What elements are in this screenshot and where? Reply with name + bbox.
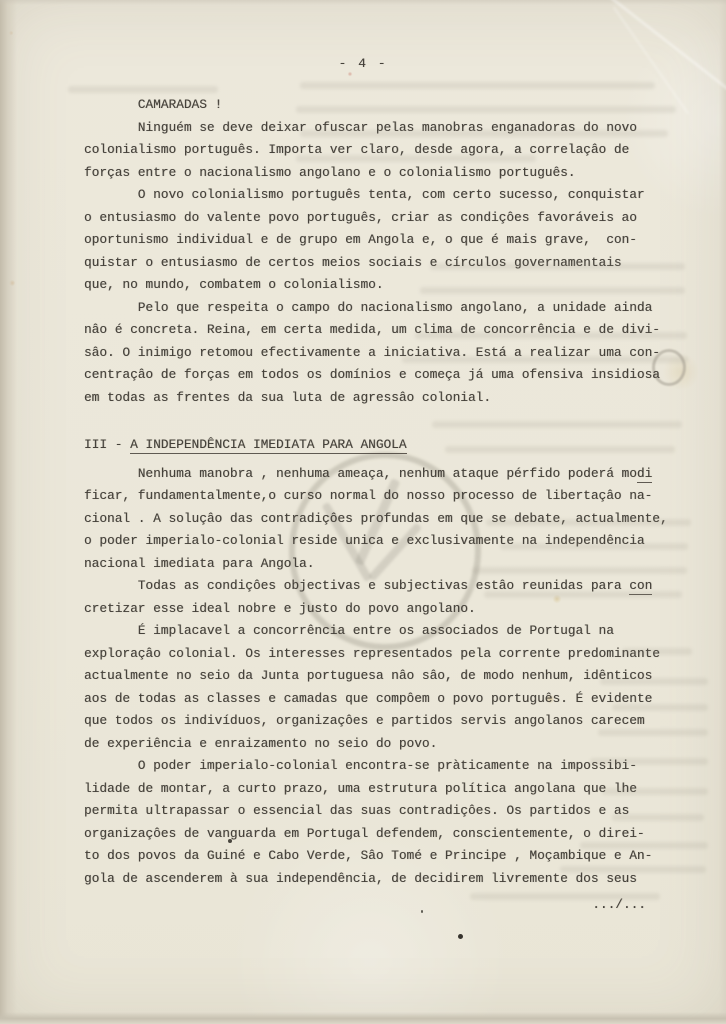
bleed-through-mark bbox=[486, 519, 691, 526]
bleed-through-mark bbox=[470, 893, 660, 900]
bleed-through-mark bbox=[300, 82, 655, 89]
text-line: exploraçâo colonial. Os interesses repre… bbox=[84, 643, 686, 666]
text-line: forças entre o nacionalismo angolano e o… bbox=[84, 162, 686, 185]
bleed-through-mark bbox=[602, 788, 708, 795]
text-line: o entusiasmo do valente povo português, … bbox=[84, 207, 686, 230]
ink-speck bbox=[458, 934, 463, 939]
text-line: ficar, fundamentalmente,o curso normal d… bbox=[84, 485, 686, 508]
bleed-through-mark bbox=[415, 332, 687, 339]
bleed-through-mark bbox=[420, 287, 685, 294]
text-line: centraçâo de forças em todos os domínios… bbox=[84, 364, 686, 387]
text-line: em todas as frentes da sua luta de agres… bbox=[84, 387, 686, 410]
text-line: lidade de montar, a curto prazo, uma est… bbox=[84, 778, 686, 801]
text-line: que todos os indivíduos, organizaçôes e … bbox=[84, 710, 686, 733]
bleed-through-mark bbox=[432, 421, 682, 428]
bleed-through-mark bbox=[598, 729, 708, 736]
bleed-through-mark bbox=[402, 356, 688, 363]
text-line: oportunismo individual e de grupo em Ang… bbox=[84, 229, 686, 252]
bleed-through-mark bbox=[600, 678, 708, 685]
bleed-through-mark bbox=[472, 567, 687, 574]
paper-edge-left bbox=[0, 0, 17, 1024]
bleed-through-mark bbox=[296, 155, 536, 162]
bleed-through-mark bbox=[300, 130, 668, 137]
bleed-through-mark bbox=[484, 591, 682, 598]
text-line: actualmente no seio da Junta portuguesa … bbox=[84, 665, 686, 688]
text-line: cretizar esse ideal nobre e justo do pov… bbox=[84, 598, 686, 621]
bleed-through-mark bbox=[296, 106, 676, 113]
text-line: aos de todas as classes e camadas que co… bbox=[84, 688, 686, 711]
bleed-through-mark bbox=[68, 86, 218, 93]
bleed-through-mark bbox=[445, 446, 675, 453]
text-line: Pelo que respeita o campo do nacionalism… bbox=[84, 297, 686, 320]
text-line: de experiência e enraizamento no seio do… bbox=[84, 733, 686, 756]
text-line: O novo colonialismo português tenta, com… bbox=[84, 184, 686, 207]
paper-edge-bottom bbox=[0, 1012, 726, 1024]
bleed-through-mark bbox=[580, 842, 708, 849]
text-line: Nenhuma manobra , nenhuma ameaça, nenhum… bbox=[84, 463, 686, 486]
document-text: CAMARADAS ! Ninguém se deve deixar ofusc… bbox=[84, 94, 686, 917]
page-number: - 4 - bbox=[0, 56, 726, 71]
bleed-through-mark bbox=[590, 758, 708, 765]
text-line: É implacavel a concorrência entre os ass… bbox=[84, 620, 686, 643]
bleed-through-mark bbox=[430, 263, 685, 270]
bleed-through-mark bbox=[560, 866, 706, 873]
bleed-through-mark bbox=[612, 704, 708, 711]
paper-edge-right bbox=[719, 0, 726, 1024]
text-line: permita ultrapassar o essencial das suas… bbox=[84, 800, 686, 823]
bleed-through-mark bbox=[500, 543, 688, 550]
paper-crease bbox=[568, 0, 726, 94]
scanned-document-page: - 4 - CAMARADAS ! Ninguém se deve deixar… bbox=[0, 0, 726, 1024]
bleed-through-mark bbox=[612, 814, 704, 821]
bleed-through-mark bbox=[622, 648, 692, 655]
